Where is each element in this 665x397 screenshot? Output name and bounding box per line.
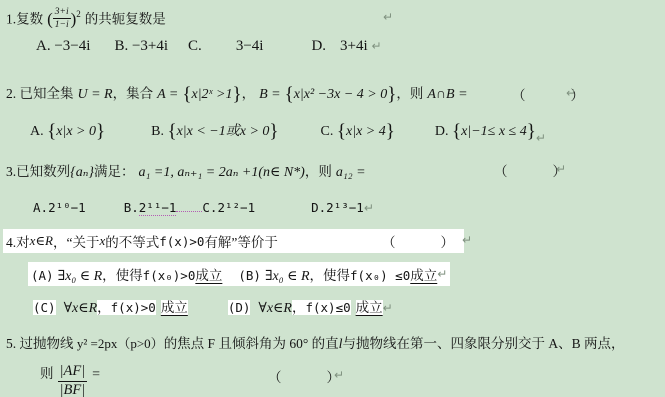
q2-set-b-body: x|x² −3x − 4 > 0 [294, 87, 388, 102]
q1-option-a-label: A. [36, 38, 51, 54]
right-brace: } [386, 121, 395, 142]
q4-stem-4: 有解”等价于 [204, 231, 278, 251]
spacer [395, 133, 435, 135]
q4-stem-3: 的不等式 [105, 231, 159, 251]
q4-option-d: (D)∀x∈R，f(x)≤0成立 [228, 299, 383, 316]
q4-option-a-mid: ，使得 [102, 268, 143, 283]
question-5-stem: 5. 过抛物线 y² =2px（p>0）的焦点 F 且倾斜角为 60° 的直l与… [6, 332, 625, 353]
q4-stem-1: 4.对 [6, 231, 30, 251]
q4-stem-inequality: f(x)>0 [159, 234, 204, 249]
q1-option-d-value: 3+4i [340, 38, 368, 54]
question-2-stem: 2. 已知全集 U = R，集合 A = {x|2ˣ >1}， B = {x|x… [6, 82, 468, 106]
spacer [90, 48, 114, 50]
q4-option-b-tail: 成立 [410, 268, 437, 283]
q5-fraction-denominator: |BF| [58, 382, 88, 397]
q1-option-c-value: 3−4i [236, 38, 264, 54]
q2-option-a-set: x|x > 0 [56, 124, 96, 139]
spacer [326, 48, 340, 50]
q2-option-d-set: x|−1≤ x ≤ 4 [461, 124, 527, 139]
right-brace: } [387, 84, 396, 105]
q2-intersection: A∩B = [427, 87, 467, 102]
q2-option-d: D. {x|−1≤ x ≤ 4} [435, 124, 536, 139]
q4-option-c-tail: 成立 [161, 300, 188, 315]
q2-option-d-label: D. [435, 124, 449, 139]
q5-equals: = [91, 367, 100, 382]
q1-fraction: 3+i1−i [53, 7, 71, 31]
q4-option-a-inequality: f(x₀)>0 [143, 268, 196, 283]
q4-option-a-label: (A) [31, 268, 54, 283]
q4-option-a: (A) ∃x₀ ∈ R，使得f(x₀)>0成立 [31, 264, 222, 285]
paragraph-mark-icon: ↵ [536, 131, 546, 145]
spacer [86, 210, 124, 212]
q1-fraction-numerator: 3+i [53, 7, 71, 19]
q2-set-b-head: B = [259, 87, 281, 102]
q2-stem-mid: ，集合 [113, 86, 154, 101]
q3-stem-mid: 满足： [94, 164, 135, 179]
paragraph-mark-icon: ↵ [364, 201, 374, 215]
left-brace: { [285, 84, 294, 105]
q3-term: a₁₂ = [336, 165, 366, 180]
q2-option-b: B. {x|x < −1或x > 0} [151, 124, 278, 139]
q2-stem-then: ，则 [396, 86, 423, 101]
answer-blank: （ ） [512, 84, 590, 104]
q4-option-c-inequality: f(x)>0 [111, 300, 156, 315]
q4-option-d-tail: 成立 [356, 300, 383, 315]
spacer [255, 210, 311, 212]
q3-option-d-value: 2¹³−1 [326, 200, 364, 215]
right-brace: } [527, 121, 536, 142]
answer-blank: （ ） [382, 231, 460, 251]
q2-option-b-label: B. [151, 124, 164, 139]
question-1-stem: 1.复数 (3+i1−i)2 的共轭复数是 [6, 7, 166, 31]
q5-parabola: y² =2px（p>0） [77, 336, 164, 351]
spacer [263, 48, 311, 50]
spacer [188, 310, 228, 312]
q1-stem-pre: 1.复数 [6, 11, 43, 26]
q3-stem-then: ，则 [305, 164, 332, 179]
q3-sequence: {aₙ} [70, 165, 94, 180]
paragraph-mark-icon: ↵ [556, 162, 566, 176]
q4-option-b-inequality: f(x₀) ≤0 [350, 268, 410, 283]
q4-stem-2: ，“关于 [53, 231, 100, 251]
q1-option-d-label: D. [311, 38, 326, 54]
q4-option-d-quantifier: ∀x∈R [258, 301, 292, 316]
left-brace: { [47, 121, 56, 142]
spellcheck-underline [176, 209, 202, 212]
q3-stem-pre: 3.已知数列 [6, 164, 70, 179]
q4-option-c-quantifier: ∀x∈R [64, 301, 98, 316]
q5-fraction-numerator: |AF| [58, 364, 88, 382]
q2-comma: ， [242, 86, 256, 101]
q1-option-a: A. −3−4i [36, 38, 90, 54]
q2-option-c-label: C. [321, 124, 334, 139]
question-3-stem: 3.已知数列{aₙ}满足： a₁ =1, aₙ₊₁ = 2aₙ +1(n∈ N*… [6, 160, 366, 181]
left-brace: { [337, 121, 346, 142]
paragraph-mark-icon: ↵ [383, 301, 393, 315]
paragraph-mark-icon: ↵ [566, 86, 576, 100]
q1-exponent: 2 [76, 9, 81, 19]
question-4-stem: 4.对x∈R，“关于x 的不等式f(x)>0 有解”等价于 （ ） [3, 229, 464, 253]
q5-then: 则 [40, 366, 54, 381]
q1-option-d: D.3+4i [311, 38, 367, 54]
spacer [56, 310, 64, 312]
left-brace: { [452, 121, 461, 142]
q4-option-b-mid: ，使得 [310, 268, 351, 283]
spacer [279, 133, 321, 135]
q1-option-c-label: C. [188, 38, 202, 54]
q5-stem-pre: 5. 过抛物线 [6, 336, 77, 351]
q2-option-b-set: x|x < −1或x > 0 [177, 124, 270, 139]
q1-option-a-value: −3−4i [54, 38, 90, 54]
q2-option-a: A. {x|x > 0} [30, 124, 105, 139]
paragraph-mark-icon: ↵ [383, 10, 393, 24]
question-4-options-ab: (A) ∃x₀ ∈ R，使得f(x₀)>0成立(B) ∃x₀ ∈ R，使得f(x… [28, 262, 450, 286]
q4-option-d-label: (D) [228, 300, 251, 315]
q3-option-a-label: A. [33, 200, 48, 215]
q2-option-a-label: A. [30, 124, 44, 139]
spacer [105, 133, 151, 135]
q4-option-d-inequality: f(x)≤0 [305, 300, 350, 315]
right-brace: } [96, 121, 105, 142]
q1-stem-post: 的共轭复数是 [85, 11, 166, 26]
q4-option-c-comma: ， [97, 300, 111, 315]
spacer [202, 48, 236, 50]
paragraph-mark-icon: ↵ [371, 39, 381, 53]
spacer [168, 48, 188, 50]
q3-option-d-label: D. [311, 200, 326, 215]
q3-recurrence: a₁ =1, aₙ₊₁ = 2aₙ +1(n∈ N*) [139, 165, 305, 180]
q1-option-b-label: B. [114, 38, 128, 54]
q2-option-c-set: x|x > 4 [346, 124, 386, 139]
paragraph-mark-icon: ↵ [437, 267, 447, 281]
q2-set-a-body: x|2ˣ >1 [191, 87, 232, 102]
q2-option-c: C. {x|x > 4} [321, 124, 395, 139]
q3-option-a: A.2¹⁰−1 [33, 200, 86, 215]
q3-option-c: C.2¹²−1 [202, 200, 255, 215]
q3-option-d: D.2¹³−1 [311, 200, 364, 215]
question-4-options-cd: (C)∀x∈R，f(x)>0成立(D)∀x∈R，f(x)≤0成立↵ [33, 296, 393, 317]
question-2-options: A. {x|x > 0}B. {x|x < −1或x > 0}C. {x|x >… [30, 120, 546, 143]
q3-option-b-label: B. [124, 200, 139, 215]
q4-option-a-tail: 成立 [195, 268, 222, 283]
q5-stem-post: 与抛物线在第一、四象限分别交于 A、B 两点， [343, 336, 625, 351]
q4-option-d-comma: ， [292, 300, 306, 315]
q4-option-b-label: (B) [238, 268, 261, 283]
q1-option-b-value: −3+4i [132, 38, 168, 54]
question-5-ratio: 则 |AF||BF| = [40, 362, 101, 397]
right-brace: } [269, 121, 278, 142]
paragraph-mark-icon: ↵ [462, 233, 472, 247]
q3-option-b: B.2¹¹−1 [124, 200, 177, 216]
q1-fraction-denominator: 1−i [53, 19, 71, 30]
q1-option-b: B. −3+4i [114, 38, 168, 54]
question-1-options: A. −3−4iB. −3+4iC.3−4iD.3+4i ↵ [36, 38, 382, 55]
question-3-options: A.2¹⁰−1B.2¹¹−1C.2¹²−1D.2¹³−1↵ [33, 200, 374, 215]
q3-option-c-label: C. [202, 200, 217, 215]
document-canvas[interactable]: 1.复数 (3+i1−i)2 的共轭复数是 ↵ A. −3−4iB. −3+4i… [0, 0, 665, 397]
q2-universe: U = R [78, 87, 113, 102]
spacer [351, 310, 356, 312]
q5-stem-mid: 的焦点 F 且倾斜角为 60° 的直 [164, 336, 339, 351]
q3-option-b-value: 2¹¹−1 [139, 200, 177, 216]
q3-option-c-value: 2¹²−1 [217, 200, 255, 215]
q4-option-a-quantifier: ∃x₀ ∈ R [58, 269, 103, 284]
q4-option-b: (B) ∃x₀ ∈ R，使得f(x₀) ≤0成立 [238, 264, 437, 285]
right-brace: } [232, 84, 241, 105]
q4-stem-xr: x∈R [30, 233, 53, 249]
q4-option-b-quantifier: ∃x₀ ∈ R [265, 269, 310, 284]
paragraph-mark-icon: ↵ [334, 368, 344, 382]
q2-set-a-head: A = [157, 87, 178, 102]
q3-option-a-value: 2¹⁰−1 [48, 200, 86, 215]
q4-option-c: (C)∀x∈R，f(x)>0成立 [33, 299, 188, 316]
q4-option-c-label: (C) [33, 300, 56, 315]
left-brace: { [167, 121, 176, 142]
q2-stem-pre: 2. 已知全集 [6, 86, 74, 101]
q5-fraction: |AF||BF| [58, 364, 88, 397]
spacer [222, 273, 238, 275]
q1-option-c: C.3−4i [188, 38, 263, 54]
